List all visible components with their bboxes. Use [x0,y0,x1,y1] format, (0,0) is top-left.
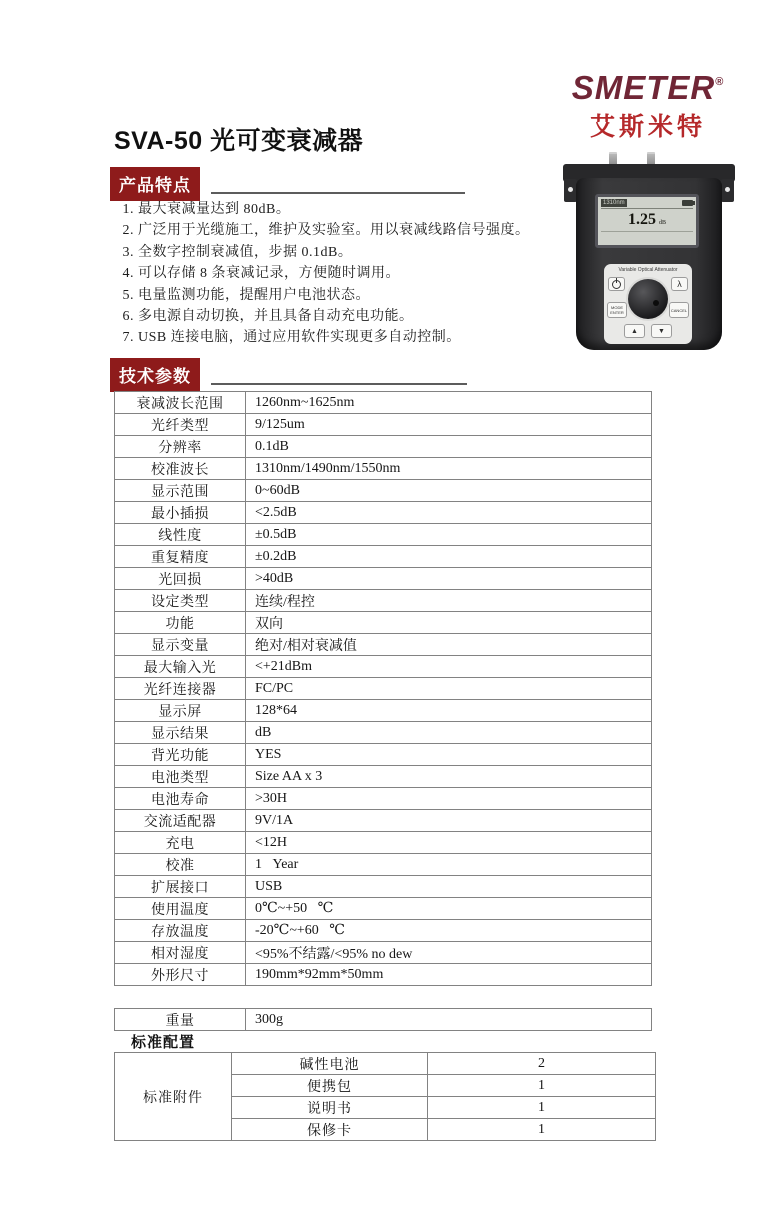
spec-label: 重复精度 [115,546,246,568]
table-row: 最大输入光<+21dBm [115,656,652,678]
spec-value: ±0.2dB [246,546,652,568]
feature-item: USB 连接电脑，通过应用软件实现更多自动控制。 [138,327,588,348]
spec-value: dB [246,722,652,744]
spec-label: 光纤连接器 [115,678,246,700]
spec-label: 衰减波长范围 [115,392,246,414]
lcd-unit-label: dB [659,220,666,226]
spec-label: 充电 [115,832,246,854]
table-row: 校准1 Year [115,854,652,876]
table-row: 显示屏128*64 [115,700,652,722]
spec-value: 0~60dB [246,480,652,502]
power-button [608,277,625,291]
spec-label: 电池寿命 [115,788,246,810]
spec-label: 扩展接口 [115,876,246,898]
table-row: 交流适配器9V/1A [115,810,652,832]
spec-label: 光回损 [115,568,246,590]
spec-label: 校准波长 [115,458,246,480]
knob-indicator-dot [653,300,659,306]
lcd-wavelength-label: 1310nm [601,199,627,207]
accessory-name: 说明书 [232,1097,428,1119]
spec-label: 存放温度 [115,920,246,942]
spec-value: 1310nm/1490nm/1550nm [246,458,652,480]
mode-enter-button: MODEENTER [607,302,627,318]
accessory-group-label: 标准附件 [115,1053,232,1141]
section-underline [211,383,467,385]
section-header-specs: 技术参数 [110,358,200,392]
table-row: 光纤类型9/125um [115,414,652,436]
standard-config-heading: 标准配置 [131,1031,195,1052]
product-photo: 1310nm 1.25dB Variable Optical Attenuato… [563,150,735,352]
spec-value: <95%不结露/<95% no dew [246,942,652,964]
spec-value: FC/PC [246,678,652,700]
spec-label: 重量 [115,1009,246,1031]
down-arrow-button: ▼ [651,324,672,338]
table-row: 线性度±0.5dB [115,524,652,546]
table-row: 标准附件 碱性电池 2 [115,1053,656,1075]
power-icon [612,280,621,289]
table-row: 衰减波长范围1260nm~1625nm [115,392,652,414]
spec-value: 0.1dB [246,436,652,458]
spec-label: 设定类型 [115,590,246,612]
spec-label: 光纤类型 [115,414,246,436]
spec-value: 9/125um [246,414,652,436]
table-row: 背光功能YES [115,744,652,766]
up-arrow-button: ▲ [624,324,645,338]
table-row: 光纤连接器FC/PC [115,678,652,700]
specs-table: 衰减波长范围1260nm~1625nm 光纤类型9/125um 分辨率0.1dB… [114,391,652,986]
brand-logo: SMETER® [548,64,748,106]
accessory-name: 碱性电池 [232,1053,428,1075]
spec-sheet-page: SVA-50 光可变衰减器 SMETER® 艾斯米特 1310nm 1.25dB… [0,0,760,1218]
spec-value: 1260nm~1625nm [246,392,652,414]
spec-value: 9V/1A [246,810,652,832]
brand-name-cn: 艾斯米特 [548,107,748,143]
feature-item: 可以存储 8 条衰减记录，方便随时调用。 [138,263,588,284]
table-row: 电池类型Size AA x 3 [115,766,652,788]
table-row: 校准波长1310nm/1490nm/1550nm [115,458,652,480]
battery-icon [682,200,693,206]
keypad-panel-label: Variable Optical Attenuator [604,264,692,274]
spec-label: 外形尺寸 [115,964,246,986]
spec-value: -20℃~+60 ℃ [246,920,652,942]
page-title: SVA-50 光可变衰减器 [114,121,363,157]
spec-label: 背光功能 [115,744,246,766]
section-underline [211,192,465,194]
table-row: 充电<12H [115,832,652,854]
spec-value: 连续/程控 [246,590,652,612]
spec-label: 最大输入光 [115,656,246,678]
feature-item: 广泛用于光缆施工，维护及实验室。用以衰减线路信号强度。 [138,220,588,241]
table-row: 显示结果dB [115,722,652,744]
table-row: 分辨率0.1dB [115,436,652,458]
spec-value: 190mm*92mm*50mm [246,964,652,986]
device-body: 1310nm 1.25dB Variable Optical Attenuato… [576,178,722,350]
spec-value: ±0.5dB [246,524,652,546]
device-mount-ear [721,179,734,202]
weight-table: 重量300g [114,1008,652,1031]
registered-trademark-icon: ® [715,76,724,88]
rotary-knob [628,279,668,319]
table-row: 显示变量绝对/相对衰减值 [115,634,652,656]
lcd-divider [601,208,693,209]
table-row: 功能双向 [115,612,652,634]
table-row: 扩展接口USB [115,876,652,898]
feature-item: 最大衰减量达到 80dB。 [138,199,588,220]
spec-value: <12H [246,832,652,854]
accessory-qty: 1 [428,1119,656,1141]
spec-value: >30H [246,788,652,810]
features-list: 最大衰减量达到 80dB。 广泛用于光缆施工，维护及实验室。用以衰减线路信号强度… [112,199,588,349]
mount-hole [568,187,573,192]
spec-label: 使用温度 [115,898,246,920]
spec-label: 最小插损 [115,502,246,524]
accessory-qty: 1 [428,1097,656,1119]
spec-value: YES [246,744,652,766]
spec-value: <+21dBm [246,656,652,678]
spec-value: Size AA x 3 [246,766,652,788]
brand-logo-block: SMETER® 艾斯米特 [548,64,748,143]
spec-label: 分辨率 [115,436,246,458]
table-row: 使用温度0℃~+50 ℃ [115,898,652,920]
table-row: 电池寿命>30H [115,788,652,810]
spec-label: 显示变量 [115,634,246,656]
table-row: 相对湿度<95%不结露/<95% no dew [115,942,652,964]
spec-value: 0℃~+50 ℃ [246,898,652,920]
accessory-name: 保修卡 [232,1119,428,1141]
spec-label: 电池类型 [115,766,246,788]
feature-item: 电量监测功能，提醒用户电池状态。 [138,285,588,306]
enter-button-label: ENTER [610,310,624,315]
spec-label: 显示范围 [115,480,246,502]
table-row: 最小插损<2.5dB [115,502,652,524]
spec-label: 校准 [115,854,246,876]
spec-label: 线性度 [115,524,246,546]
spec-label: 显示屏 [115,700,246,722]
spec-value: 1 Year [246,854,652,876]
spec-value: 128*64 [246,700,652,722]
table-row: 光回损>40dB [115,568,652,590]
device-lcd-screen: 1310nm 1.25dB [595,194,699,248]
wavelength-button: λ [671,277,688,291]
table-row: 存放温度-20℃~+60 ℃ [115,920,652,942]
spec-value: 绝对/相对衰减值 [246,634,652,656]
feature-item: 全数字控制衰减值，步据 0.1dB。 [138,242,588,263]
spec-label: 交流适配器 [115,810,246,832]
mount-hole [725,187,730,192]
spec-value: 300g [246,1009,652,1031]
table-row: 设定类型连续/程控 [115,590,652,612]
table-row: 显示范围0~60dB [115,480,652,502]
spec-value: >40dB [246,568,652,590]
accessory-name: 便携包 [232,1075,428,1097]
table-row: 重量300g [115,1009,652,1031]
spec-value: <2.5dB [246,502,652,524]
spec-label: 相对湿度 [115,942,246,964]
accessory-qty: 2 [428,1053,656,1075]
spec-label: 功能 [115,612,246,634]
feature-item: 多电源自动切换，并且具备自动充电功能。 [138,306,588,327]
spec-label: 显示结果 [115,722,246,744]
table-row: 重复精度±0.2dB [115,546,652,568]
section-header-features: 产品特点 [110,167,200,201]
accessories-table: 标准附件 碱性电池 2 便携包 1 说明书 1 保修卡 1 [114,1052,656,1141]
device-keypad-panel: Variable Optical Attenuator λ MODEENTER … [604,264,692,344]
cancel-button: CANCEL [669,302,689,318]
spec-value: 双向 [246,612,652,634]
brand-logo-text: SMETER [572,69,716,106]
spec-value: USB [246,876,652,898]
lcd-attenuation-value: 1.25 [628,211,656,228]
lcd-divider [601,231,693,232]
accessory-qty: 1 [428,1075,656,1097]
table-row: 外形尺寸190mm*92mm*50mm [115,964,652,986]
